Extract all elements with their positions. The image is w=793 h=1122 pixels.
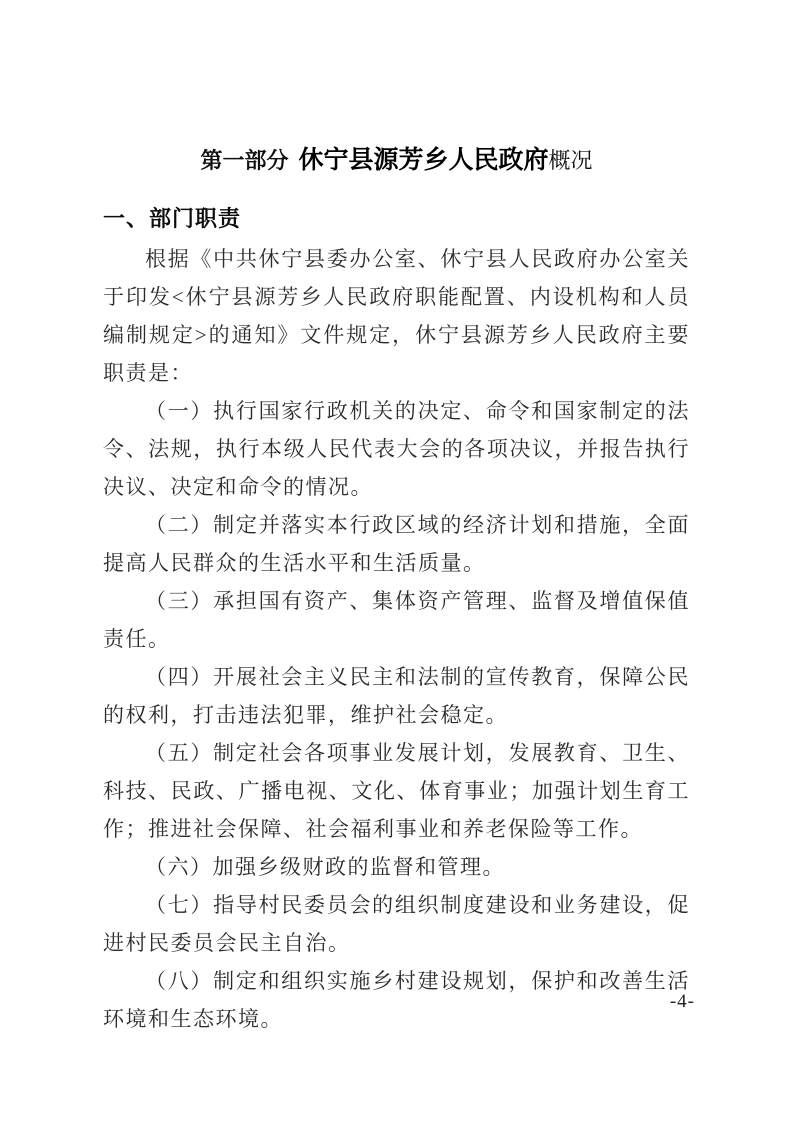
paragraph-duty-8: （八）制定和组织实施乡村建设规划，保护和改善生活环境和生态环境。 bbox=[103, 962, 690, 1038]
paragraph-duty-4: （四）开展社会主义民主和法制的宣传教育，保障公民的权利，打击违法犯罪，维护社会稳… bbox=[103, 658, 690, 734]
paragraph-duty-2: （二）制定并落实本行政区域的经济计划和措施，全面提高人民群众的生活水平和生活质量… bbox=[103, 506, 690, 582]
page-number: -4- bbox=[670, 991, 695, 1013]
page-title: 第一部分休宁县源芳乡人民政府概况 bbox=[103, 141, 690, 177]
title-part-number: 第一部分 bbox=[200, 148, 288, 173]
paragraph-duty-7: （七）指导村民委员会的组织制度建设和业务建设，促进村民委员会民主自治。 bbox=[103, 886, 690, 962]
title-government-name: 休宁县源芳乡人民政府 bbox=[298, 146, 548, 174]
document-page: 第一部分休宁县源芳乡人民政府概况 一、部门职责 根据《中共休宁县委办公室、休宁县… bbox=[0, 0, 793, 1122]
title-overview-label: 概况 bbox=[549, 148, 593, 173]
body-text: 根据《中共休宁县委办公室、休宁县人民政府办公室关于印发<休宁县源芳乡人民政府职能… bbox=[103, 240, 690, 1038]
paragraph-duty-3: （三）承担国有资产、集体资产管理、监督及增值保值责任。 bbox=[103, 582, 690, 658]
paragraph-duty-5: （五）制定社会各项事业发展计划，发展教育、卫生、科技、民政、广播电视、文化、体育… bbox=[103, 734, 690, 848]
paragraph-intro: 根据《中共休宁县委办公室、休宁县人民政府办公室关于印发<休宁县源芳乡人民政府职能… bbox=[103, 240, 690, 392]
paragraph-duty-6: （六）加强乡级财政的监督和管理。 bbox=[103, 848, 690, 886]
paragraph-duty-1: （一）执行国家行政机关的决定、命令和国家制定的法令、法规，执行本级人民代表大会的… bbox=[103, 392, 690, 506]
content-area: 第一部分休宁县源芳乡人民政府概况 一、部门职责 根据《中共休宁县委办公室、休宁县… bbox=[103, 0, 690, 1038]
section-heading-duties: 一、部门职责 bbox=[103, 202, 690, 233]
